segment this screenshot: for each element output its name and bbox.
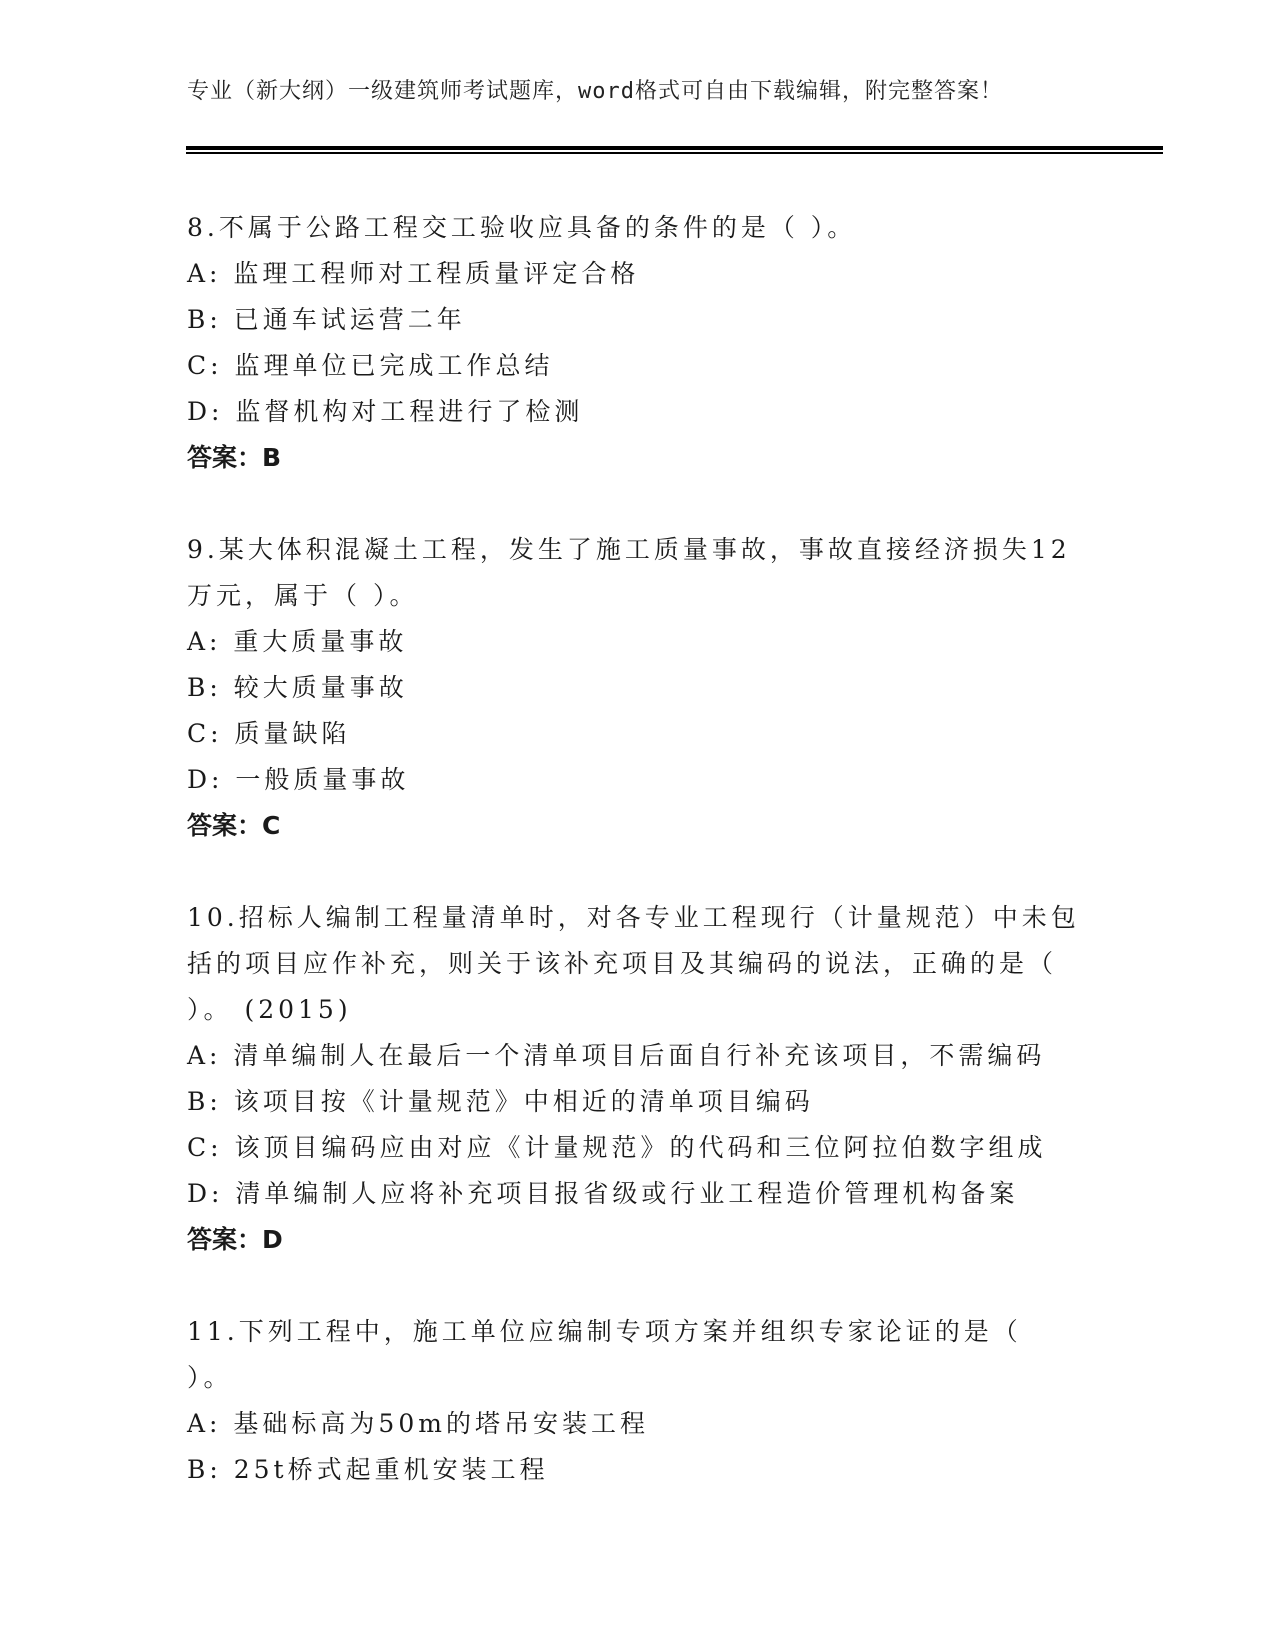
option-d: D: 一般质量事故 [187, 757, 1147, 803]
question-stem-cont: 万元，属于（ ）。 [187, 573, 1147, 619]
question-stem: 9.某大体积混凝土工程，发生了施工质量事故，事故直接经济损失12 [187, 527, 1147, 573]
option-c: C: 监理单位已完成工作总结 [187, 343, 1147, 389]
question-stem-cont: ）。 (2015) [187, 987, 1147, 1033]
answer: 答案：C [187, 803, 1147, 849]
question-10: 10.招标人编制工程量清单时，对各专业工程现行（计量规范）中未包 括的项目应作补… [187, 895, 1147, 1263]
option-a: A: 重大质量事故 [187, 619, 1147, 665]
option-d: D: 清单编制人应将补充项目报省级或行业工程造价管理机构备案 [187, 1171, 1147, 1217]
question-stem-cont: 括的项目应作补充，则关于该补充项目及其编码的说法，正确的是（ [187, 941, 1147, 987]
option-c: C: 该顶目编码应由对应《计量规范》的代码和三位阿拉伯数字组成 [187, 1125, 1147, 1171]
option-a: A: 基础标高为50m的塔吊安装工程 [187, 1401, 1147, 1447]
question-stem: 11.下列工程中，施工单位应编制专项方案并组织专家论证的是（ [187, 1309, 1147, 1355]
option-b: B: 较大质量事故 [187, 665, 1147, 711]
option-d: D: 监督机构对工程进行了检测 [187, 389, 1147, 435]
answer: 答案：D [187, 1217, 1147, 1263]
option-b: B: 已通车试运营二年 [187, 297, 1147, 343]
option-b: B: 该项目按《计量规范》中相近的清单项目编码 [187, 1079, 1147, 1125]
option-a: A: 监理工程师对工程质量评定合格 [187, 251, 1147, 297]
question-stem: 8.不属于公路工程交工验收应具备的条件的是（ ）。 [187, 205, 1147, 251]
option-b: B: 25t桥式起重机安装工程 [187, 1447, 1147, 1493]
question-8: 8.不属于公路工程交工验收应具备的条件的是（ ）。 A: 监理工程师对工程质量评… [187, 205, 1147, 481]
document-page: 专业（新大纲）一级建筑师考试题库，word格式可自由下载编辑，附完整答案！ 8.… [0, 0, 1275, 1650]
question-stem: 10.招标人编制工程量清单时，对各专业工程现行（计量规范）中未包 [187, 895, 1147, 941]
header-rule-thick [186, 146, 1163, 150]
option-c: C: 质量缺陷 [187, 711, 1147, 757]
header-rule-thin [186, 152, 1163, 154]
answer: 答案：B [187, 435, 1147, 481]
question-11: 11.下列工程中，施工单位应编制专项方案并组织专家论证的是（ ）。 A: 基础标… [187, 1309, 1147, 1493]
question-stem-cont: ）。 [187, 1355, 1147, 1401]
question-9: 9.某大体积混凝土工程，发生了施工质量事故，事故直接经济损失12 万元，属于（ … [187, 527, 1147, 849]
question-list: 8.不属于公路工程交工验收应具备的条件的是（ ）。 A: 监理工程师对工程质量评… [187, 205, 1147, 1539]
option-a: A: 清单编制人在最后一个清单项目后面自行补充该项目，不需编码 [187, 1033, 1147, 1079]
page-header-title: 专业（新大纲）一级建筑师考试题库，word格式可自由下载编辑，附完整答案！ [187, 74, 1003, 105]
